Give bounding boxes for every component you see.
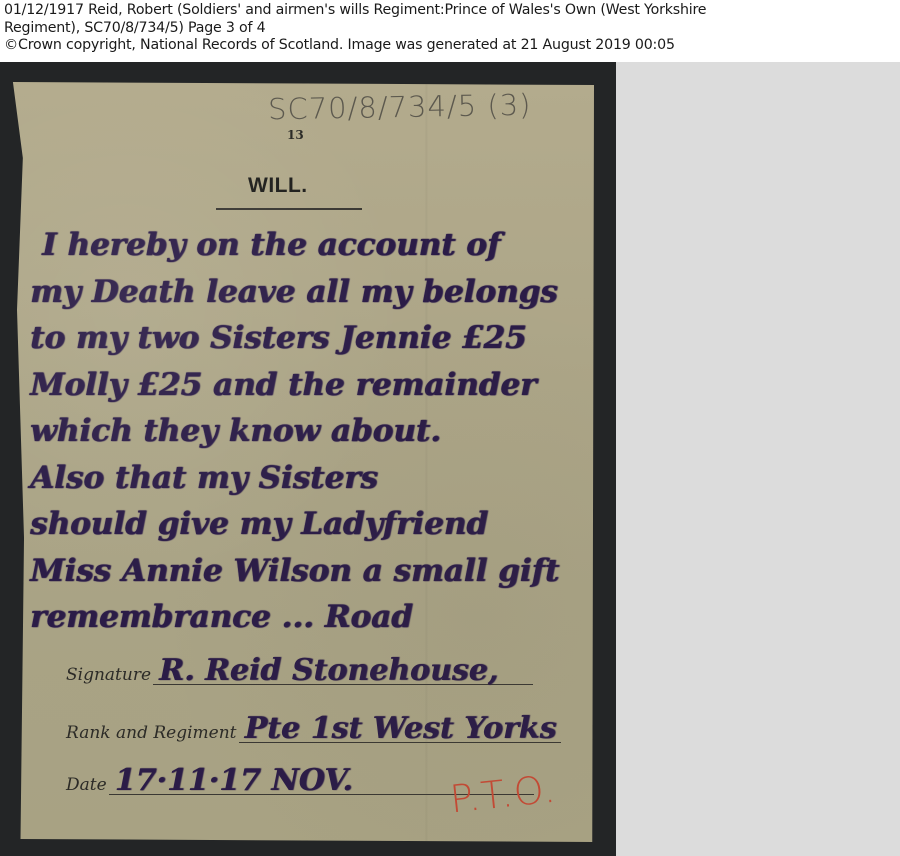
handwritten-line: Molly £25 and the remainder [30,362,590,409]
rank-regiment-field: Rank and Regiment Pte 1st West Yorks [66,712,561,743]
viewer-side-panel [616,62,900,856]
caption-line-title: 01/12/1917 Reid, Robert (Soldiers' and a… [4,2,894,20]
rank-regiment-value: Pte 1st West Yorks [245,711,557,746]
handwritten-line: remembrance ... Road [30,594,590,641]
handwritten-line: Miss Annie Wilson a small gift [30,548,590,595]
handwritten-line: my Death leave all my belongs [30,269,590,316]
will-document: SC70/8/734/5 (3) 13 WILL. I hereby on th… [10,82,594,842]
heading-underline [216,208,362,210]
date-value: 17·11·17 NOV. [115,763,353,798]
caption-line-copyright: ©Crown copyright, National Records of Sc… [4,37,894,55]
image-caption: 01/12/1917 Reid, Robert (Soldiers' and a… [4,2,894,55]
date-label: Date [66,775,107,795]
signature-label: Signature [66,665,151,685]
signature-field: Signature R. Reid Stonehouse, [66,654,533,685]
handwritten-line: to my two Sisters Jennie £25 [30,315,590,362]
handwritten-line: Also that my Sisters [30,455,590,502]
rank-regiment-line: Pte 1st West Yorks [239,712,561,743]
page-number: 13 [287,128,304,142]
archive-reference: SC70/8/734/5 (3) [268,88,532,127]
signature-value: R. Reid Stonehouse, [159,653,498,688]
caption-line-reference: Regiment), SC70/8/734/5) Page 3 of 4 [4,20,894,38]
handwritten-line: which they know about. [30,408,590,455]
handwritten-body: I hereby on the account of my Death leav… [30,222,590,641]
signature-line: R. Reid Stonehouse, [153,654,533,685]
rank-regiment-label: Rank and Regiment [66,723,237,743]
handwritten-line: I hereby on the account of [30,222,590,269]
handwritten-line: should give my Ladyfriend [30,501,590,548]
document-heading: WILL. [248,174,308,198]
